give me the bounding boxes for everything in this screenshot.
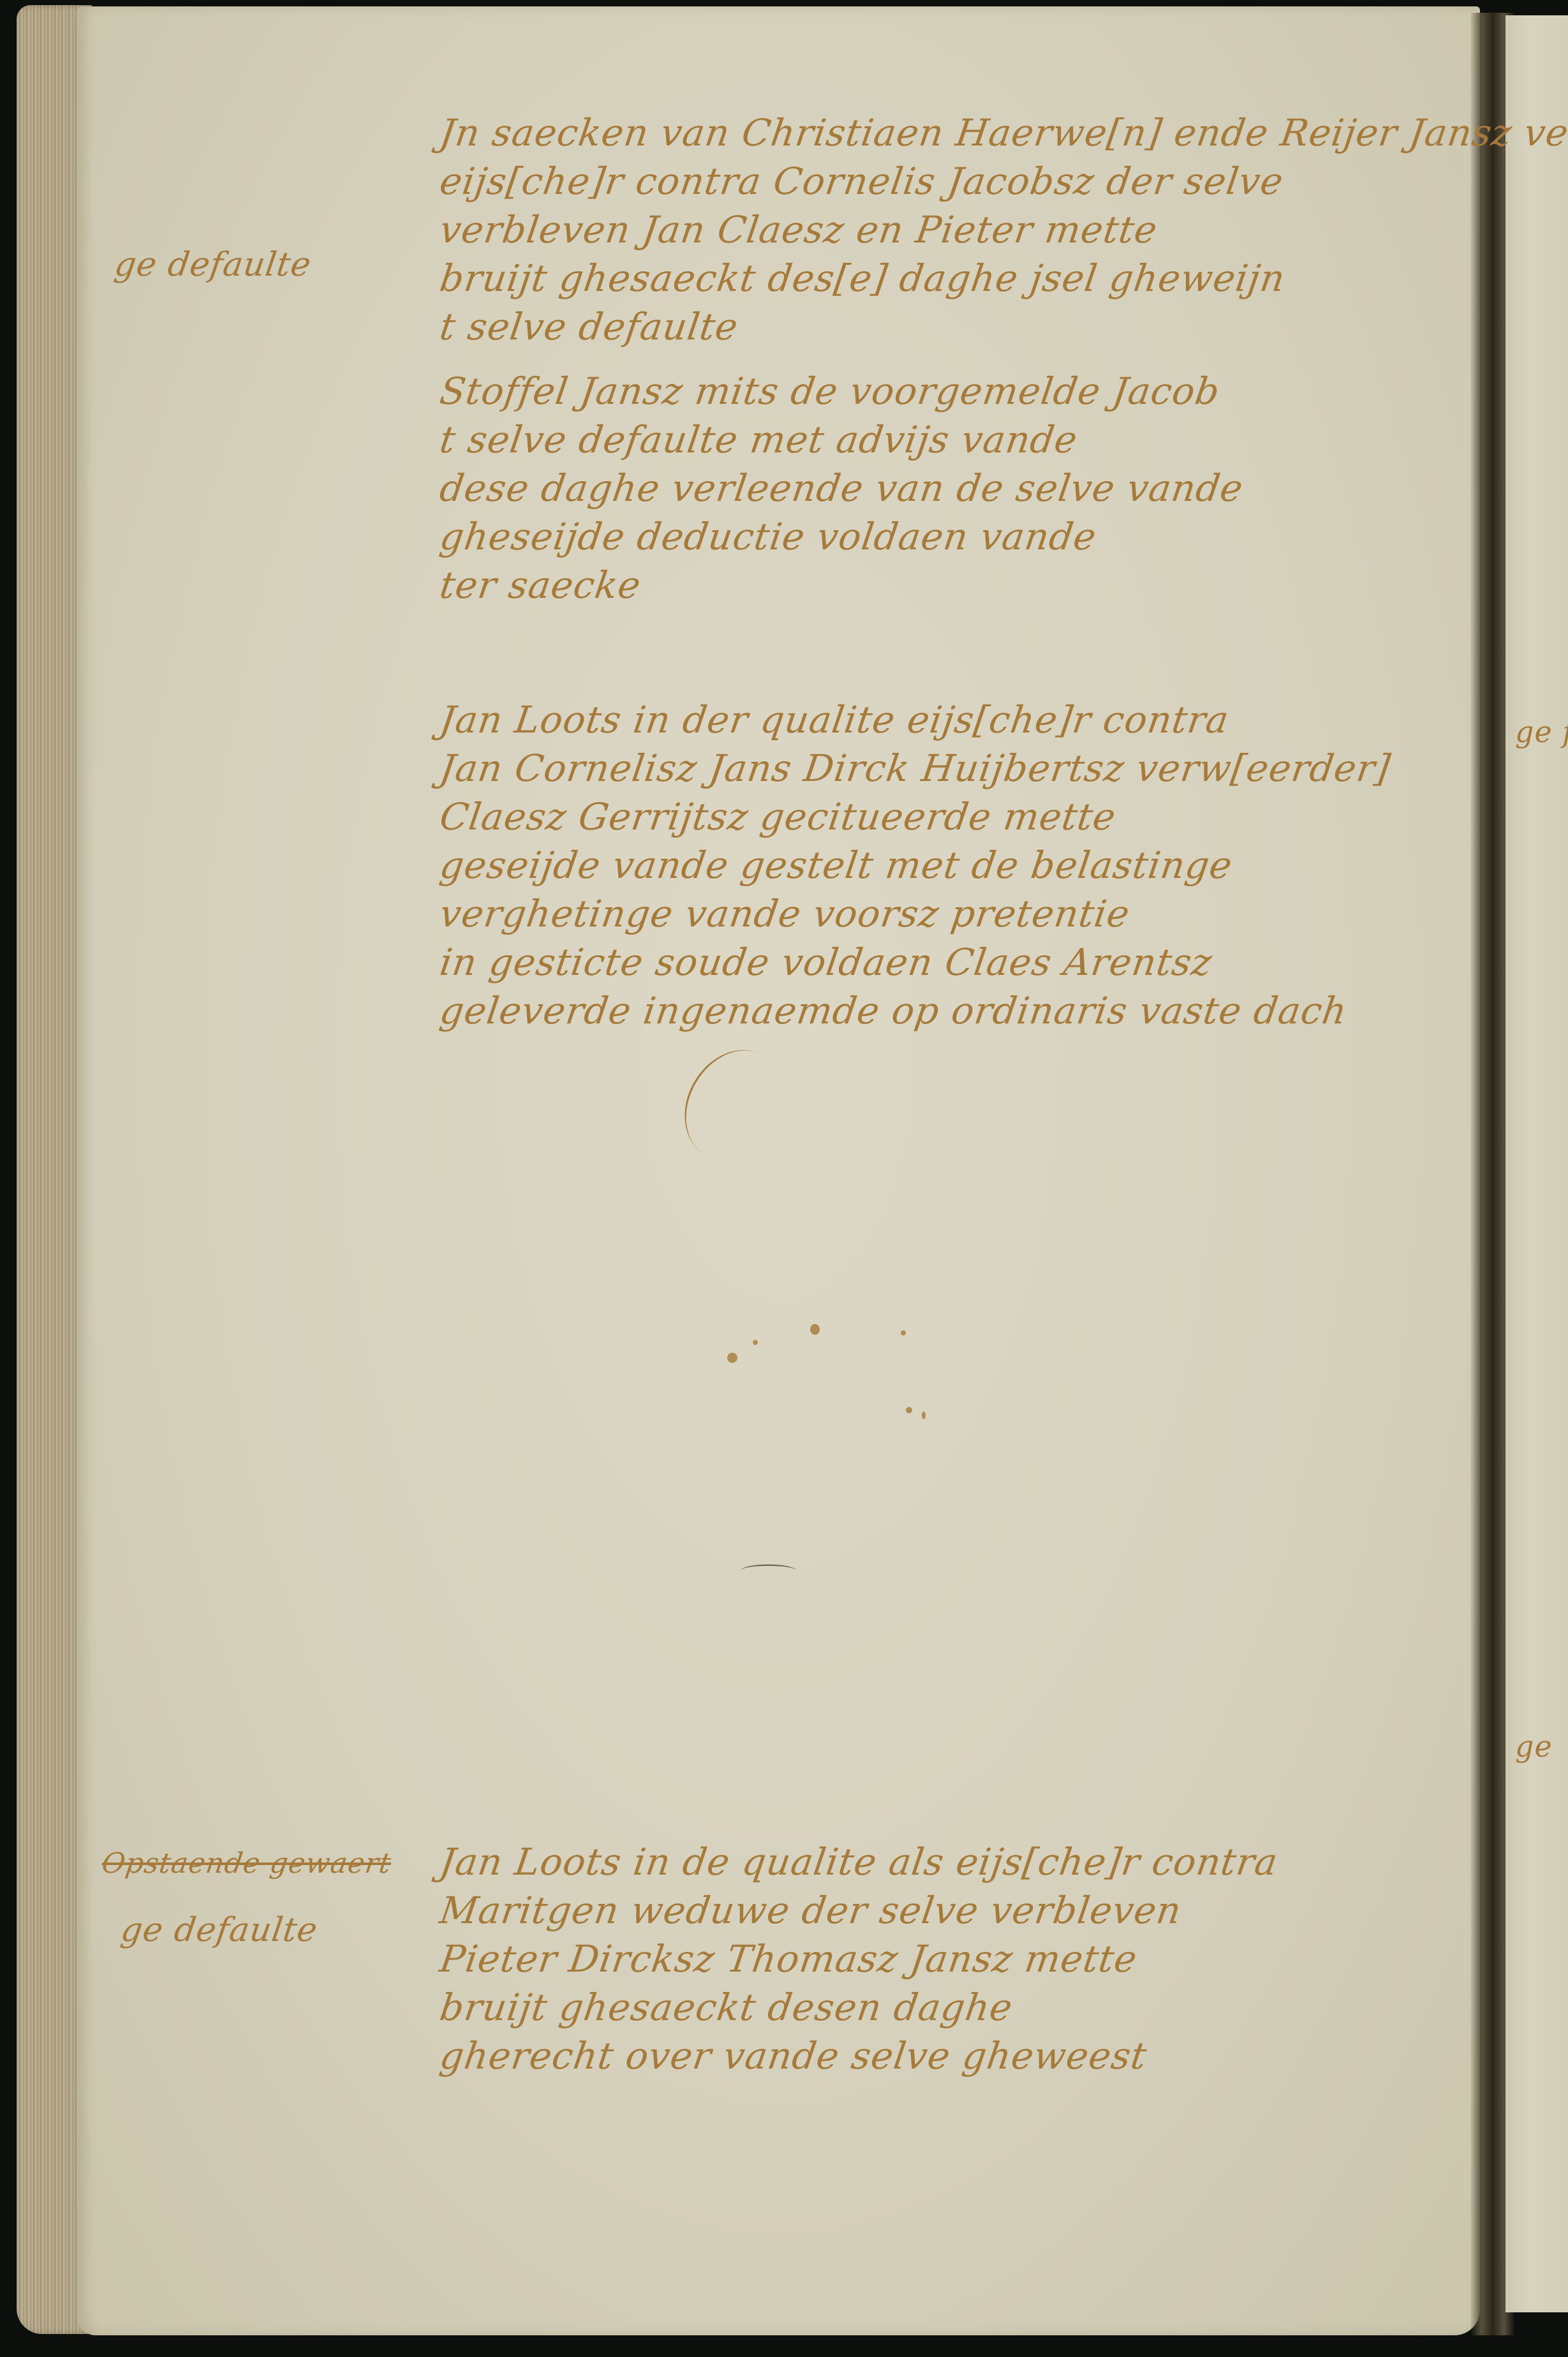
entry-line: t selve defaulte	[437, 302, 1568, 351]
margin-note-struck: Opstaende gewaert	[100, 1847, 393, 1880]
entry-line: verbleven Jan Claesz en Pieter mette	[437, 205, 1568, 254]
entry-line: ter saecke	[437, 561, 1246, 609]
manuscript-scan: ge defaulte Opstaende gewaert ge default…	[0, 0, 1568, 2357]
entry-line: dese daghe verleende van de selve vande	[437, 464, 1246, 512]
entry-line: Claesz Gerrijtsz gecitueerde mette	[437, 792, 1394, 841]
margin-note-defaulte-2: ge defaulte	[119, 1911, 320, 1949]
entry-line: bruijt ghesaeckt des[e] daghe jsel ghewe…	[437, 254, 1568, 302]
entry-line: Jn saecken van Christiaen Haerwe[n] ende…	[437, 108, 1568, 157]
ink-spot	[901, 1330, 906, 1335]
ink-spot	[727, 1353, 737, 1363]
facing-page-note-1: ge fa	[1515, 715, 1568, 749]
entry-line: Maritgen weduwe der selve verbleven	[437, 1886, 1282, 1935]
entry-line: Jan Loots in de qualite als eijs[che]r c…	[437, 1838, 1282, 1886]
entry-line: in gesticte soude voldaen Claes Arentsz	[437, 938, 1394, 986]
register-entry-2: Stoffel Jansz mits de voorgemelde Jacob …	[440, 367, 1243, 609]
ink-spot	[753, 1340, 758, 1345]
entry-line: Pieter Dircksz Thomasz Jansz mette	[437, 1935, 1282, 1983]
register-entry-1: Jn saecken van Christiaen Haerwe[n] ende…	[440, 108, 1568, 351]
ink-spot	[922, 1411, 926, 1419]
ink-spot	[810, 1324, 820, 1335]
entry-line: bruijt ghesaeckt desen daghe	[437, 1983, 1282, 2032]
entry-line: t selve defaulte met advijs vande	[437, 415, 1246, 464]
entry-line: geseijde vande gestelt met de belastinge	[437, 841, 1394, 889]
entry-line: geleverde ingenaemde op ordinaris vaste …	[437, 986, 1394, 1035]
margin-note-defaulte-1: ge defaulte	[112, 246, 314, 284]
entry-line: Stoffel Jansz mits de voorgemelde Jacob	[437, 367, 1246, 415]
facing-page-note-2: ge	[1515, 1729, 1568, 1764]
entry-line: Jan Loots in der qualite eijs[che]r cont…	[437, 695, 1394, 744]
entry-line: gherecht over vande selve gheweest	[437, 2032, 1282, 2080]
entry-line: gheseijde deductie voldaen vande	[437, 512, 1246, 561]
facing-page	[1505, 15, 1568, 2312]
entry-line: Jan Cornelisz Jans Dirck Huijbertsz verw…	[437, 744, 1394, 792]
entry-line: eijs[che]r contra Cornelis Jacobsz der s…	[437, 157, 1568, 205]
register-entry-4: Jan Loots in de qualite als eijs[che]r c…	[440, 1838, 1278, 2080]
paper-fibre	[741, 1565, 795, 1576]
ink-spot	[906, 1407, 912, 1413]
register-entry-3: Jan Loots in der qualite eijs[che]r cont…	[440, 695, 1390, 1035]
entry-line: verghetinge vande voorsz pretentie	[437, 889, 1394, 938]
